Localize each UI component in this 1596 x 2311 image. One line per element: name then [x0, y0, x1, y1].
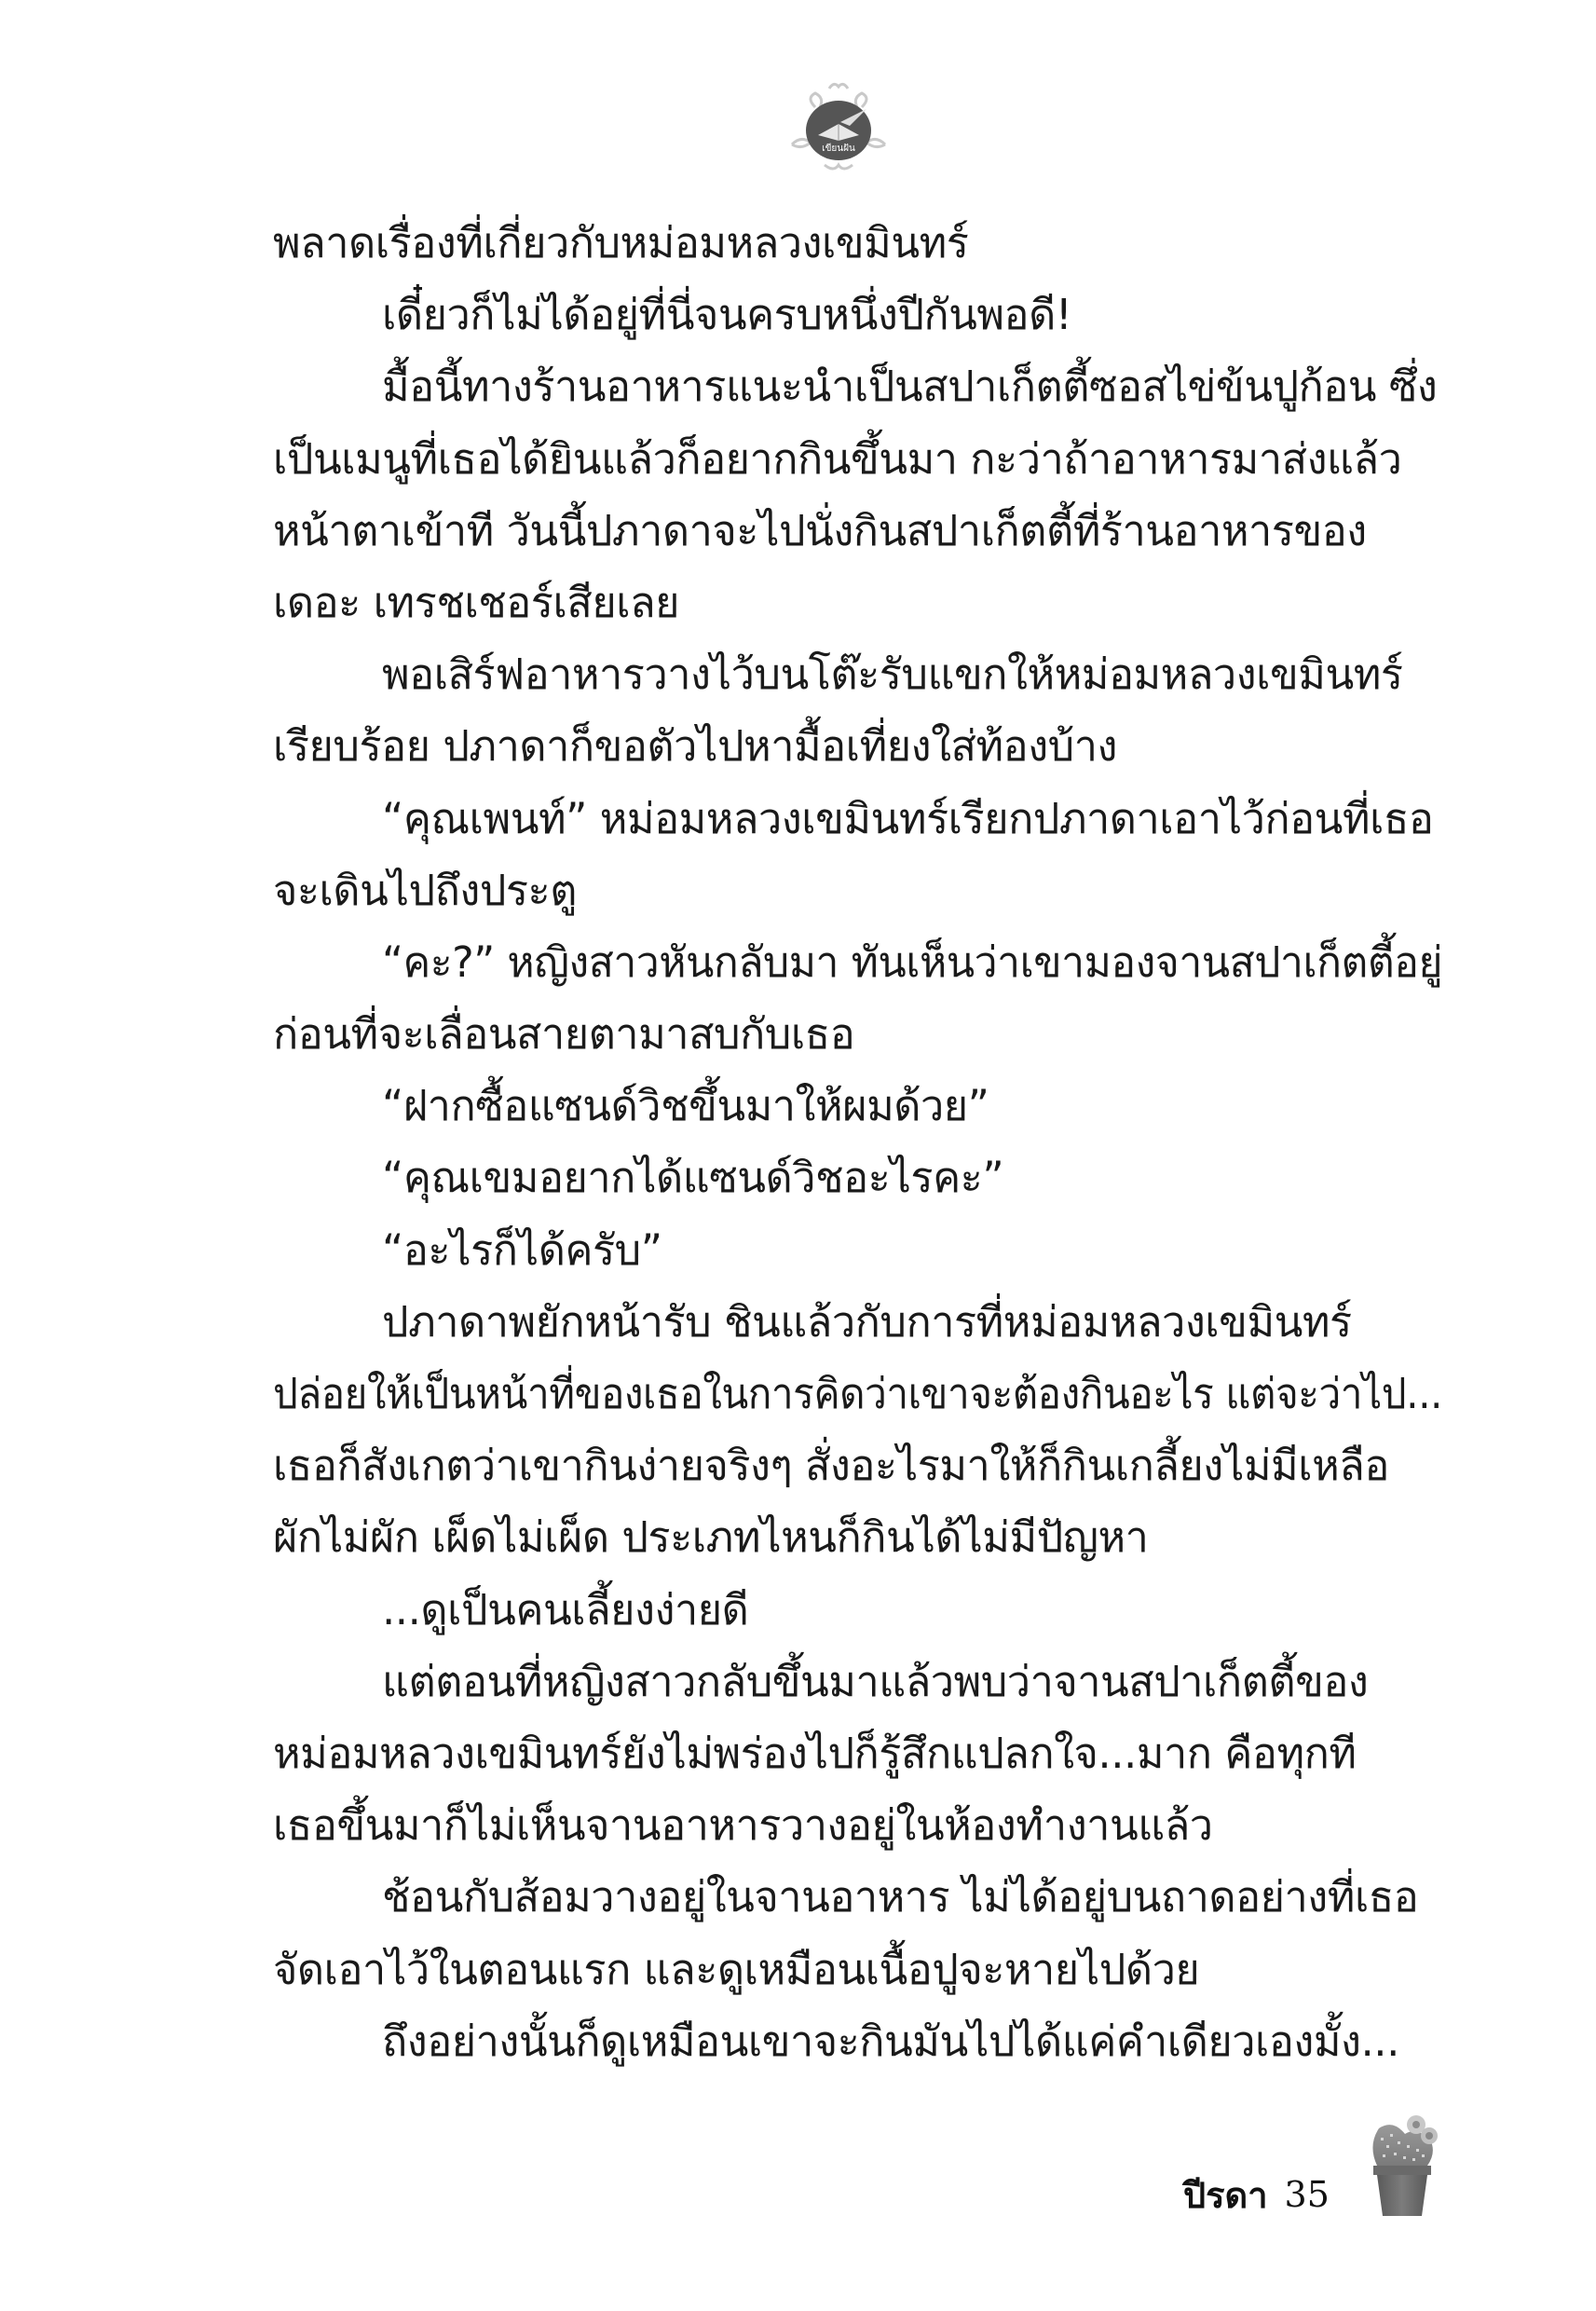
author-name: ปีรดา: [1183, 2167, 1268, 2223]
text-line: เดอะ เทรชเชอร์เสียเลย: [273, 567, 1442, 638]
text-line: ก่อนที่จะเลื่อนสายตามาสบกับเธอ: [273, 998, 1442, 1070]
text-line: “คุณเขมอยากได้แซนด์วิชอะไรคะ”: [273, 1142, 1442, 1213]
chapter-body: พลาดเรื่องที่เกี่ยวกับหม่อมหลวงเขมินทร์ …: [273, 207, 1442, 2077]
text-line: ปภาดาพยักหน้ารับ ชินแล้วกับการที่หม่อมหล…: [273, 1286, 1442, 1358]
text-line: จะเดินไปถึงประตู: [273, 855, 1442, 926]
book-page: เขียนฝัน พลาดเรื่องที่เกี่ยวกับหม่อมหลวง…: [0, 0, 1596, 2311]
text-line: “คะ?” หญิงสาวหันกลับมา ทันเห็นว่าเขามองจ…: [273, 926, 1442, 998]
text-line: ช้อนกับส้อมวางอยู่ในจานอาหาร ไม่ได้อยู่บ…: [273, 1861, 1442, 1933]
text-line: “อะไรก็ได้ครับ”: [273, 1214, 1442, 1286]
text-line: ...ดูเป็นคนเลี้ยงง่ายดี: [273, 1574, 1442, 1646]
publisher-emblem-icon: เขียนฝัน: [783, 79, 894, 172]
text-line: เป็นเมนูที่เธอได้ยินแล้วก็อยากกินขึ้นมา …: [273, 423, 1442, 495]
text-line: พอเสิร์ฟอาหารวางไว้บนโต๊ะรับแขกให้หม่อมห…: [273, 638, 1442, 710]
text-line: พลาดเรื่องที่เกี่ยวกับหม่อมหลวงเขมินทร์: [273, 207, 1442, 279]
text-line: จัดเอาไว้ในตอนแรก และดูเหมือนเนื้อปูจะหา…: [273, 1934, 1442, 2005]
text-line: หน้าตาเข้าที วันนี้ปภาดาจะไปนั่งกินสปาเก…: [273, 495, 1442, 567]
text-line: มื้อนี้ทางร้านอาหารแนะนำเป็นสปาเก็ตตี้ซอ…: [273, 350, 1442, 422]
text-line: หม่อมหลวงเขมินทร์ยังไม่พร่องไปก็รู้สึกแป…: [273, 1717, 1442, 1789]
text-line: ปล่อยให้เป็นหน้าที่ของเธอในการคิดว่าเขาจ…: [273, 1358, 1442, 1429]
text-line: ถึงอย่างนั้นก็ดูเหมือนเขาจะกินมันไปได้แค…: [273, 2005, 1442, 2077]
page-number: 35: [1285, 2174, 1330, 2215]
text-line: เดี๋ยวก็ไม่ได้อยู่ที่นี่จนครบหนึ่งปีกันพ…: [273, 279, 1442, 350]
cactus-pot-icon: [1360, 2108, 1453, 2220]
text-line: ผักไม่ผัก เผ็ดไม่เผ็ด ประเภทไหนก็กินได้ไ…: [273, 1501, 1442, 1573]
text-line: แต่ตอนที่หญิงสาวกลับขึ้นมาแล้วพบว่าจานสป…: [273, 1646, 1442, 1717]
text-line: “คุณเพนท์” หม่อมหลวงเขมินทร์เรียกปภาดาเอ…: [273, 783, 1442, 855]
emblem-text: เขียนฝัน: [822, 143, 855, 154]
text-line: “ฝากซื้อแซนด์วิชขึ้นมาให้ผมด้วย”: [273, 1070, 1442, 1142]
page-footer: ปีรดา 35: [1183, 2134, 1330, 2227]
text-line: เรียบร้อย ปภาดาก็ขอตัวไปหามื้อเที่ยงใส่ท…: [273, 710, 1442, 782]
text-line: เธอก็สังเกตว่าเขากินง่ายจริงๆ สั่งอะไรมา…: [273, 1429, 1442, 1501]
text-line: เธอขึ้นมาก็ไม่เห็นจานอาหารวางอยู่ในห้องท…: [273, 1789, 1442, 1861]
